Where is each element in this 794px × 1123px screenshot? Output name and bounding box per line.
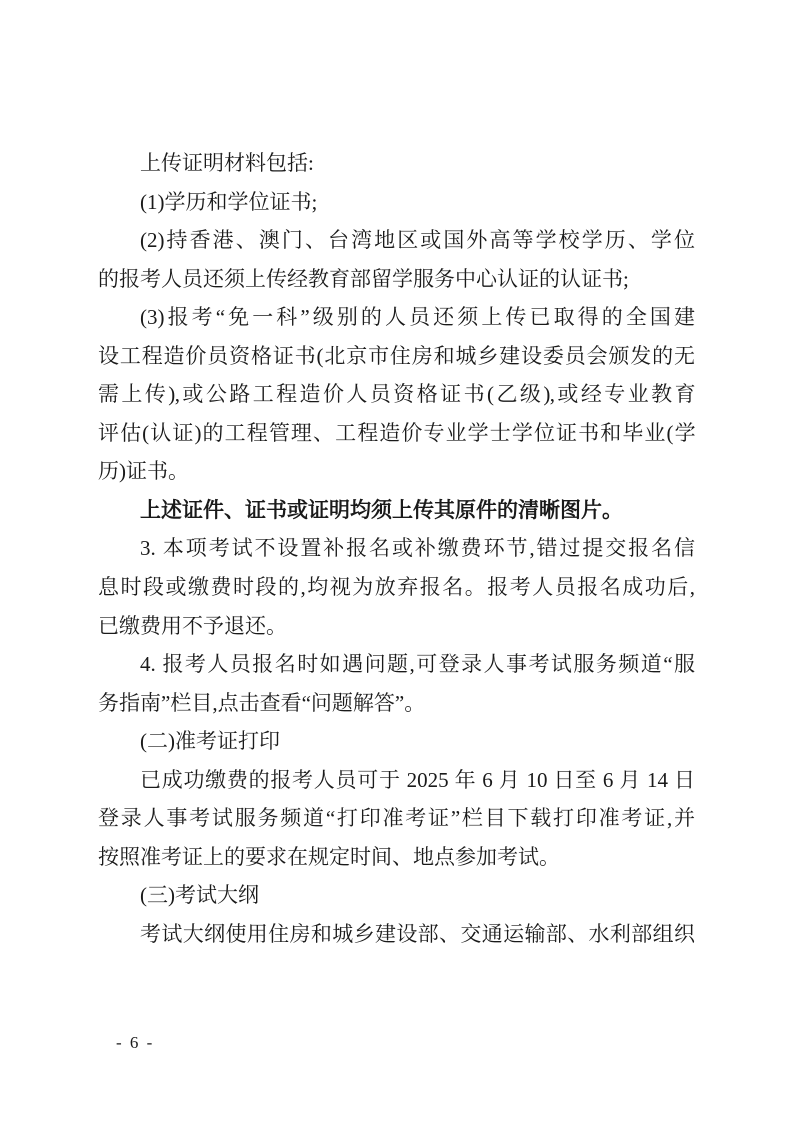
document-body: 上传证明材料包括: (1)学历和学位证书; (2)持香港、澳门、台湾地区或国外高… (98, 144, 695, 953)
heading-exam-syllabus: (三)考试大纲 (98, 876, 695, 915)
list-item-3-exemption-line-1: (3)报考“免一科”级别的人员还须上传已取得的全国建 (98, 298, 695, 337)
paragraph-3-no-makeup-line-3: 已缴费用不予退还。 (98, 607, 695, 646)
list-item-3-exemption-line-5: 历)证书。 (98, 452, 695, 491)
document-page: 上传证明材料包括: (1)学历和学位证书; (2)持香港、澳门、台湾地区或国外高… (0, 0, 794, 1123)
heading-admission-ticket-print: (二)准考证打印 (98, 722, 695, 761)
paragraph-3-no-makeup-line-1: 3. 本项考试不设置补报名或补缴费环节,错过提交报名信 (98, 529, 695, 568)
page-number: - 6 - (116, 1031, 154, 1055)
paragraph-4-faq-line-2: 务指南”栏目,点击查看“问题解答”。 (98, 684, 695, 723)
paragraph-4-faq-line-1: 4. 报考人员报名时如遇问题,可登录人事考试服务频道“服 (98, 645, 695, 684)
paragraph-ticket-line-1: 已成功缴费的报考人员可于 2025 年 6 月 10 日至 6 月 14 日 (98, 761, 695, 800)
list-item-2-overseas-line-2: 的报考人员还须上传经教育部留学服务中心认证的认证书; (98, 260, 695, 299)
paragraph-ticket-line-3: 按照准考证上的要求在规定时间、地点参加考试。 (98, 838, 695, 877)
list-item-3-exemption-line-4: 评估(认证)的工程管理、工程造价专业学士学位证书和毕业(学 (98, 414, 695, 453)
paragraph-upload-materials-intro: 上传证明材料包括: (98, 144, 695, 183)
paragraph-3-no-makeup-line-2: 息时段或缴费时段的,均视为放弃报名。报考人员报名成功后, (98, 568, 695, 607)
paragraph-ticket-line-2: 登录人事考试服务频道“打印准考证”栏目下载打印准考证,并 (98, 799, 695, 838)
list-item-3-exemption-line-3: 需上传),或公路工程造价人员资格证书(乙级),或经专业教育 (98, 375, 695, 414)
list-item-3-exemption-line-2: 设工程造价员资格证书(北京市住房和城乡建设委员会颁发的无 (98, 337, 695, 376)
list-item-1-degree-certificates: (1)学历和学位证书; (98, 183, 695, 222)
paragraph-syllabus-line-1: 考试大纲使用住房和城乡建设部、交通运输部、水利部组织 (98, 915, 695, 954)
emphasis-original-images-note: 上述证件、证书或证明均须上传其原件的清晰图片。 (98, 491, 695, 530)
list-item-2-overseas-line-1: (2)持香港、澳门、台湾地区或国外高等学校学历、学位 (98, 221, 695, 260)
